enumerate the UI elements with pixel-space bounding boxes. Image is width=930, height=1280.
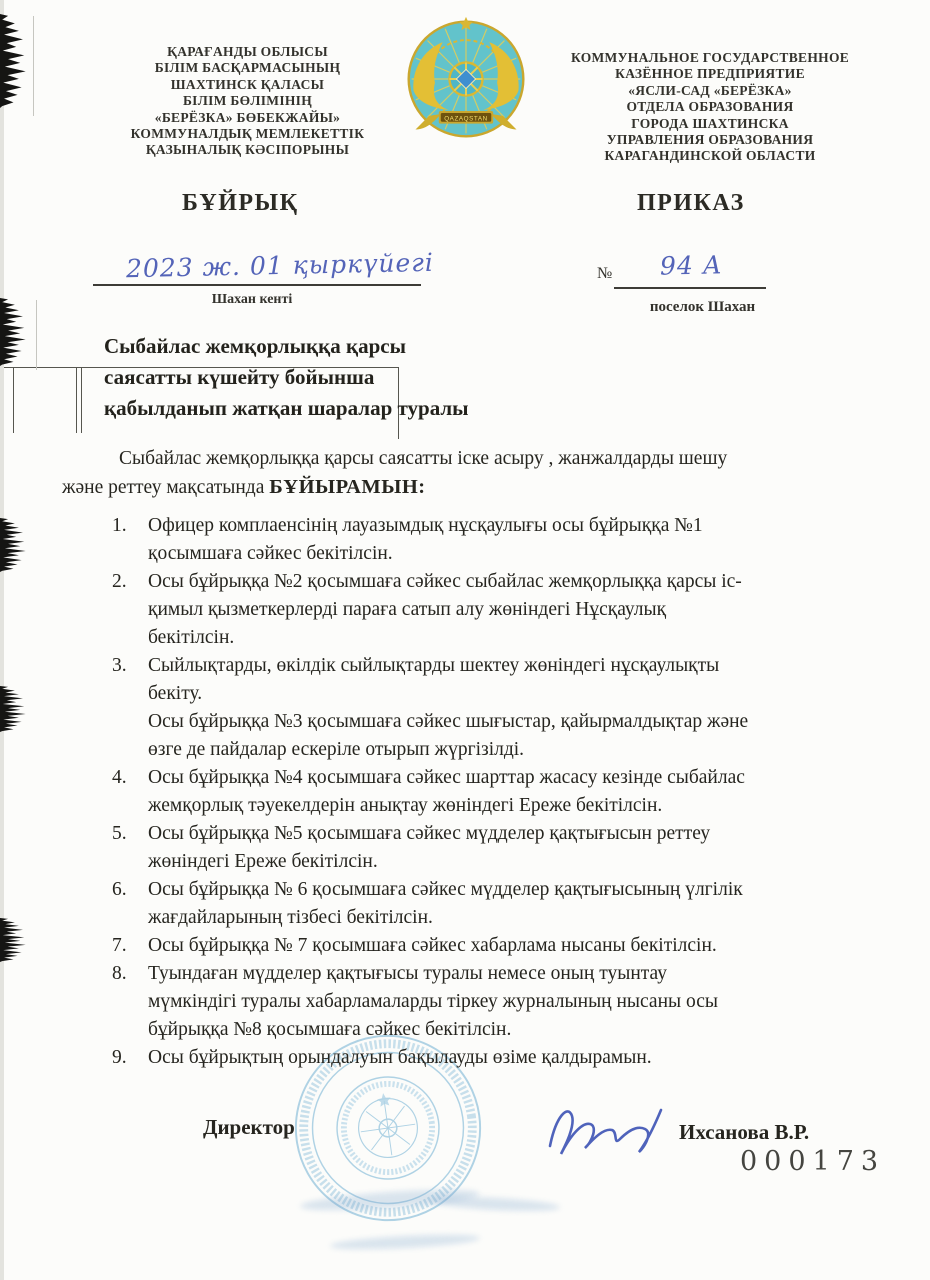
item-text: Осы бұйрыққа №2 қосымшаға сәйкес сыбайла…	[148, 568, 878, 652]
stamp-star	[376, 1092, 391, 1107]
place-kazakh: Шахан кенті	[157, 292, 347, 308]
item-text: Осы бұйрықтың орындалуын бақылауды өзіме…	[148, 1044, 878, 1072]
binding-mark	[0, 686, 27, 732]
director-signature	[540, 1096, 670, 1160]
item-text: Туындаған мүдделер қақтығысы туралы неме…	[148, 960, 878, 1044]
item-text: Осы бұйрыққа №4 қосымшаға сәйкес шарттар…	[148, 764, 878, 820]
signer-role: Директор	[203, 1115, 295, 1140]
scanned-order-document: ҚАРАҒАНДЫ ОБЛЫСЫ БІЛІМ БАСҚАРМАСЫНЫҢ ШАХ…	[0, 0, 930, 1280]
letterhead-kazakh: ҚАРАҒАНДЫ ОБЛЫСЫ БІЛІМ БАСҚАРМАСЫНЫҢ ШАХ…	[95, 44, 400, 159]
list-item: 9.Осы бұйрықтың орындалуын бақылауды өзі…	[112, 1044, 878, 1072]
item-number: 8.	[112, 960, 148, 1044]
item-text: Осы бұйрыққа № 7 қосымшаға сәйкес хабарл…	[148, 932, 878, 960]
order-heading-kazakh: БҰЙРЫҚ	[182, 190, 299, 217]
item-text: Осы бұйрыққа № 6 қосымшаға сәйкес мүддел…	[148, 876, 878, 932]
emblem-banner-text: QAZAQSTAN	[444, 115, 488, 122]
binding-mark	[0, 14, 27, 108]
binding-mark	[0, 518, 27, 572]
date-underline	[93, 284, 421, 286]
scan-hairline	[36, 300, 37, 370]
binding-mark	[0, 298, 27, 366]
intro-paragraph: Сыбайлас жемқорлыққа қарсы саясатты іске…	[62, 445, 878, 502]
item-text: Осы бұйрыққа №5 қосымшаға сәйкес мүдделе…	[148, 820, 878, 876]
item-text: Сыйлықтарды, өкілдік сыйлықтарды шектеу …	[148, 652, 878, 764]
letterhead-russian: КОММУНАЛЬНОЕ ГОСУДАРСТВЕННОЕ КАЗЁННОЕ ПР…	[543, 50, 877, 165]
list-item: 6.Осы бұйрыққа № 6 қосымшаға сәйкес мүдд…	[112, 876, 878, 932]
handwritten-date: 2023 ж. 01 қыркүйегі	[126, 248, 434, 283]
item-number: 4.	[112, 764, 148, 820]
registration-stamp-number: 000173	[740, 1146, 885, 1177]
bleedthrough-line-vertical	[81, 367, 82, 433]
order-items-list: 1.Офицер комплаенсінің лауазымдық нұсқау…	[112, 512, 878, 1072]
list-item: 7.Осы бұйрыққа № 7 қосымшаға сәйкес хаба…	[112, 932, 878, 960]
list-item: 1.Офицер комплаенсінің лауазымдық нұсқау…	[112, 512, 878, 568]
bleedthrough-line-vertical	[76, 367, 77, 433]
bleedthrough-line-vertical	[13, 367, 14, 433]
list-item: 3.Сыйлықтарды, өкілдік сыйлықтарды шекте…	[112, 652, 878, 764]
scan-edge-strip	[0, 0, 4, 1280]
order-subject: Сыбайлас жемқорлыққа қарсы саясатты күше…	[104, 331, 584, 424]
intro-directive-word: БҰЙЫРАМЫН:	[269, 476, 425, 498]
kazakhstan-coat-of-arms: QAZAQSTAN	[398, 11, 534, 147]
item-number: 7.	[112, 932, 148, 960]
item-number: 2.	[112, 568, 148, 652]
item-number: 6.	[112, 876, 148, 932]
list-item: 2.Осы бұйрыққа №2 қосымшаға сәйкес сыбай…	[112, 568, 878, 652]
item-number: 9.	[112, 1044, 148, 1072]
item-number: 3.	[112, 652, 148, 764]
number-underline	[614, 287, 766, 289]
number-sign: №	[597, 265, 612, 283]
item-number: 5.	[112, 820, 148, 876]
order-heading-russian: ПРИКАЗ	[637, 190, 745, 217]
place-russian: поселок Шахан	[630, 299, 775, 316]
binding-mark	[0, 918, 27, 962]
scan-hairline	[33, 16, 34, 116]
handwritten-order-number: 94 А	[660, 250, 723, 280]
signer-name: Ихсанова В.Р.	[679, 1120, 809, 1145]
ink-smudge	[330, 1232, 480, 1252]
list-item: 5.Осы бұйрыққа №5 қосымшаға сәйкес мүдде…	[112, 820, 878, 876]
item-text: Офицер комплаенсінің лауазымдық нұсқаулы…	[148, 512, 878, 568]
list-item: 4.Осы бұйрыққа №4 қосымшаға сәйкес шартт…	[112, 764, 878, 820]
item-number: 1.	[112, 512, 148, 568]
list-item: 8.Туындаған мүдделер қақтығысы туралы не…	[112, 960, 878, 1044]
